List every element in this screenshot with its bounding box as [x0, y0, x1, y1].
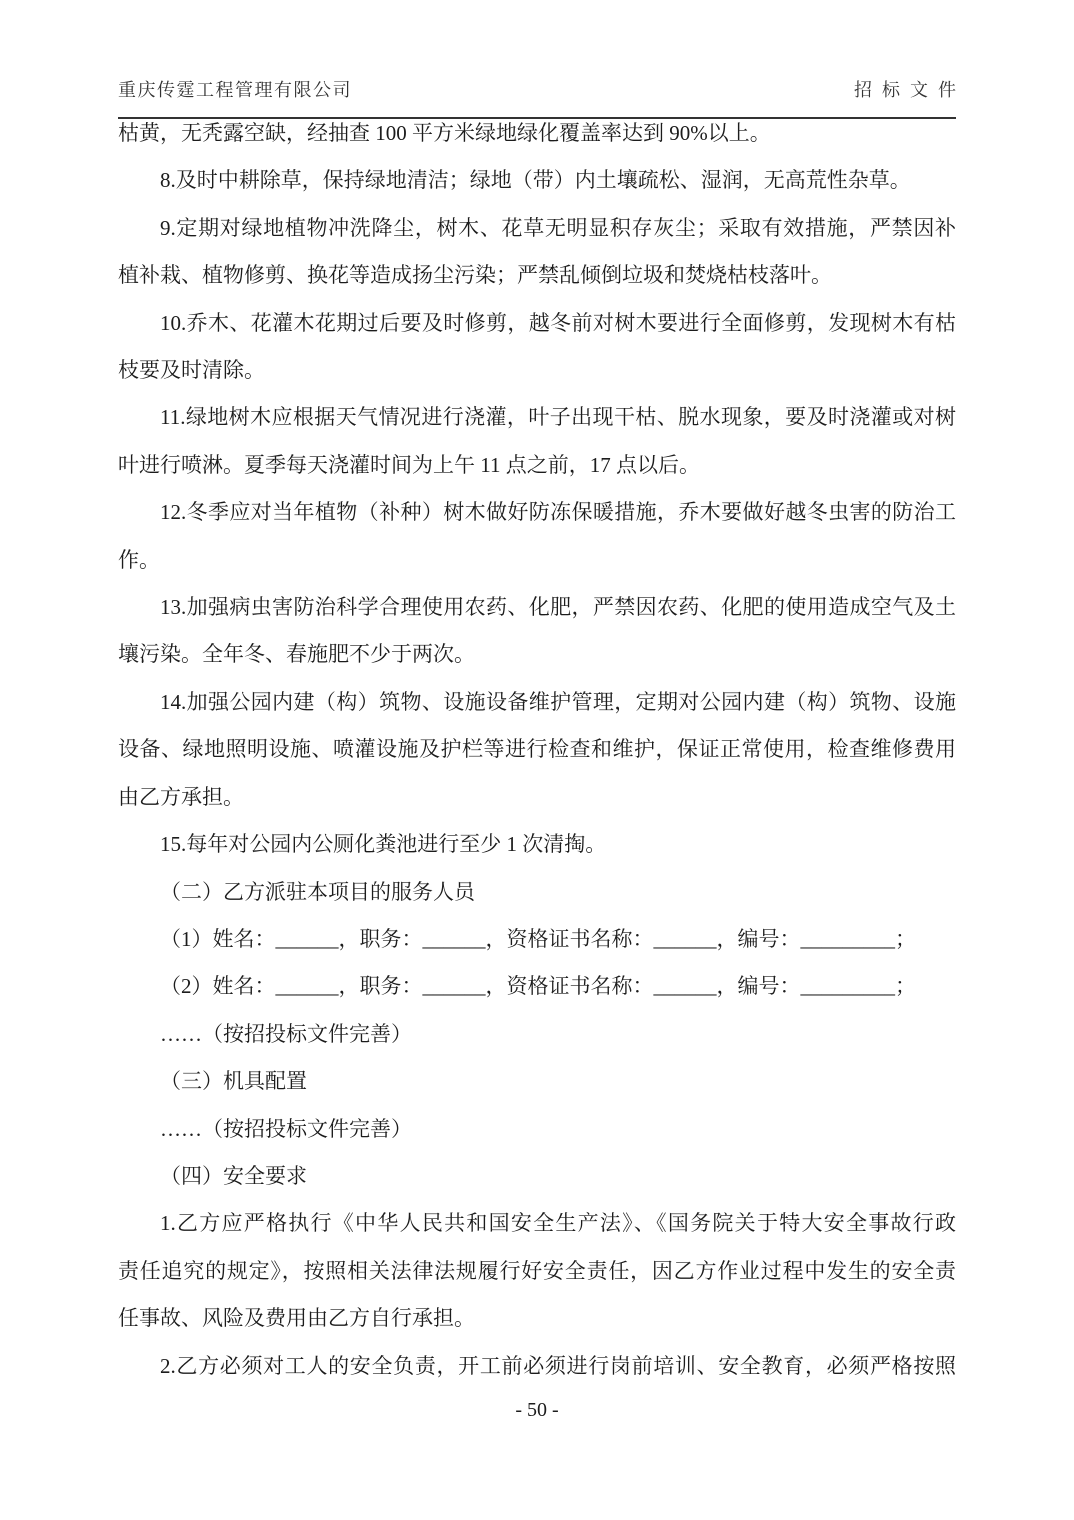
header-company-name: 重庆传霆工程管理有限公司 [118, 76, 352, 102]
text-line-item-15: 15.每年对公园内公厕化粪池进行至少 1 次清掏。 [118, 821, 956, 868]
text-line-item-14: 14.加强公园内建（构）筑物、设施设备维护管理，定期对公园内建（构）筑物、设施 [118, 679, 956, 726]
text-line-personnel-1: （1）姓名：______，职务：______，资格证书名称：______，编号：… [118, 916, 956, 963]
text-line-ellipsis-1: ……（按招投标文件完善） [118, 1011, 956, 1058]
header-doc-type: 招标文件 [854, 76, 966, 102]
text-line-safety-1-cont2: 任事故、风险及费用由乙方自行承担。 [118, 1295, 956, 1342]
text-line-section-4: （四）安全要求 [118, 1153, 956, 1200]
text-line-item-8: 8.及时中耕除草，保持绿地清洁；绿地（带）内土壤疏松、湿润，无高荒性杂草。 [118, 157, 956, 204]
text-line-ellipsis-2: ……（按招投标文件完善） [118, 1106, 956, 1153]
text-line-item-12: 12.冬季应对当年植物（补种）树木做好防冻保暖措施，乔木要做好越冬虫害的防治工 [118, 489, 956, 536]
text-line-item-10-cont: 枝要及时清除。 [118, 347, 956, 394]
document-page: 重庆传霆工程管理有限公司 招标文件 枯黄，无秃露空缺，经抽查 100 平方米绿地… [0, 0, 1074, 1520]
page-number: - 50 - [515, 1399, 558, 1421]
text-line-item-14-cont: 设备、绿地照明设施、喷灌设施及护栏等进行检查和维护，保证正常使用，检查维修费用 [118, 726, 956, 773]
text-line-item-13-cont: 壤污染。全年冬、春施肥不少于两次。 [118, 631, 956, 678]
text-line-personnel-2: （2）姓名：______，职务：______，资格证书名称：______，编号：… [118, 963, 956, 1010]
text-line-section-3: （三）机具配置 [118, 1058, 956, 1105]
text-line-safety-1: 1.乙方应严格执行《中华人民共和国安全生产法》、《国务院关于特大安全事故行政 [118, 1200, 956, 1247]
text-line-safety-2: 2.乙方必须对工人的安全负责，开工前必须进行岗前培训、安全教育，必须严格按照 [118, 1343, 956, 1390]
text-line-continuation: 枯黄，无秃露空缺，经抽查 100 平方米绿地绿化覆盖率达到 90%以上。 [118, 110, 956, 157]
text-line-item-9-cont: 植补栽、植物修剪、换花等造成扬尘污染；严禁乱倾倒垃圾和焚烧枯枝落叶。 [118, 252, 956, 299]
text-line-item-13: 13.加强病虫害防治科学合理使用农药、化肥，严禁因农药、化肥的使用造成空气及土 [118, 584, 956, 631]
page-header: 重庆传霆工程管理有限公司 招标文件 [118, 76, 956, 102]
text-line-safety-1-cont: 责任追究的规定》，按照相关法律法规履行好安全责任，因乙方作业过程中发生的安全责 [118, 1248, 956, 1295]
text-line-item-12-cont: 作。 [118, 537, 956, 584]
text-line-section-2: （二）乙方派驻本项目的服务人员 [118, 869, 956, 916]
text-line-item-9: 9.定期对绿地植物冲洗降尘，树木、花草无明显积存灰尘；采取有效措施，严禁因补 [118, 205, 956, 252]
document-body: 枯黄，无秃露空缺，经抽查 100 平方米绿地绿化覆盖率达到 90%以上。 8.及… [118, 110, 956, 1390]
text-line-item-11-cont: 叶进行喷淋。夏季每天浇灌时间为上午 11 点之前，17 点以后。 [118, 442, 956, 489]
text-line-item-14-cont2: 由乙方承担。 [118, 774, 956, 821]
text-line-item-11: 11.绿地树木应根据天气情况进行浇灌，叶子出现干枯、脱水现象，要及时浇灌或对树 [118, 394, 956, 441]
text-line-item-10: 10.乔木、花灌木花期过后要及时修剪，越冬前对树木要进行全面修剪，发现树木有枯 [118, 300, 956, 347]
page-footer: - 50 - [0, 1396, 1074, 1424]
